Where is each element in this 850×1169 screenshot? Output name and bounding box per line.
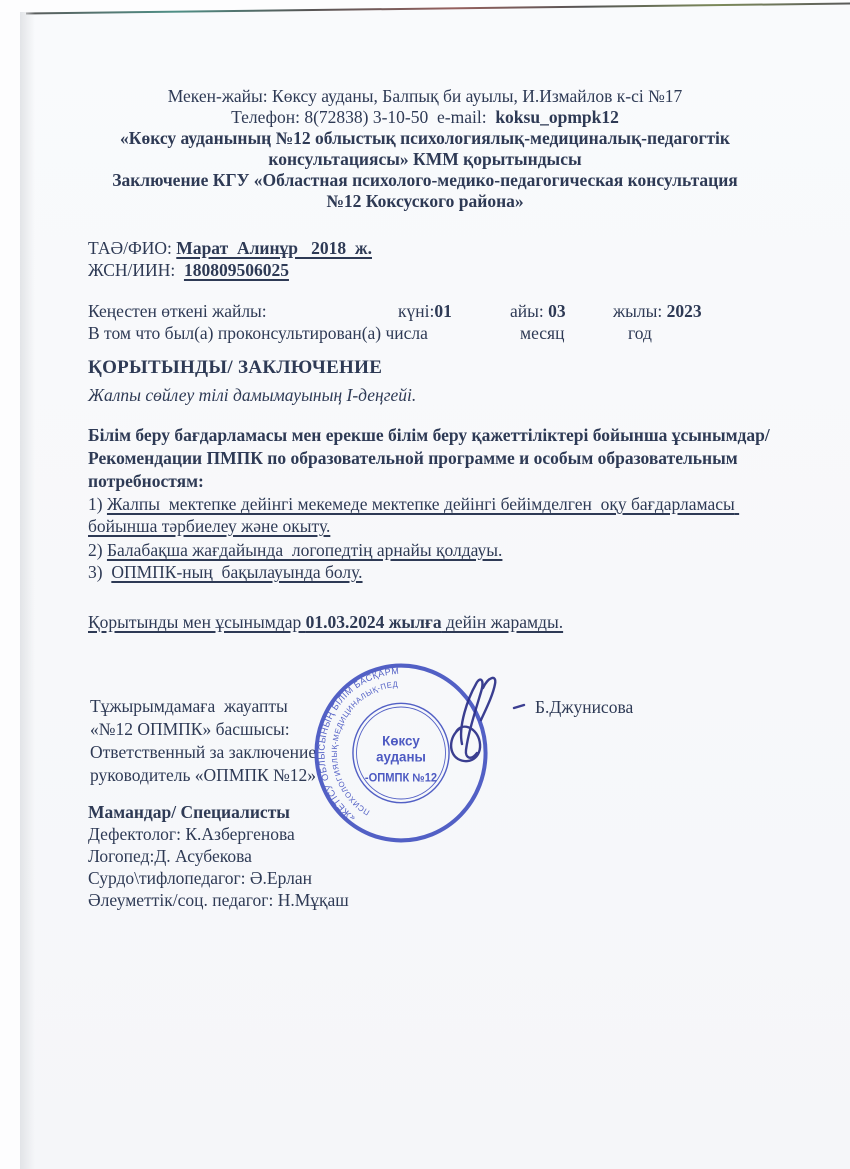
responsible-line-4: руководитель «ОПМПК №12» (90, 764, 316, 787)
recommendation-item-3-text: ОПМПК-ның бақылауында болу. (111, 562, 362, 582)
consult-year-word: год (628, 322, 652, 344)
consult-day-label: күні: (398, 301, 434, 321)
header-org-kk-line2: консультациясы» КММ қорытындысы (0, 148, 850, 170)
recommendation-item-2-num: 2) (88, 540, 107, 560)
recommendations-heading-line2: Рекомендации ПМПК по образовательной про… (88, 447, 738, 470)
header-org-ru-line2: №12 Коксуского района» (0, 190, 850, 212)
consult-year-value: 2023 (667, 301, 702, 321)
stamp-center-line1: Көксу (382, 733, 420, 748)
consult-year: жылы: 2023 (613, 300, 702, 322)
recommendations-heading-line1: Білім беру бағдарламасы мен ерекше білім… (88, 424, 770, 447)
patient-iin-label: ЖСН/ИИН: (88, 260, 184, 280)
patient-fio-value: Марат Алинұр 2018 ж. (176, 238, 372, 258)
recommendations-heading-line3: потребностям: (88, 470, 204, 493)
paper-edge-top (0, 0, 850, 16)
responsible-line-2: «№12 ОПМПК» басшысы: (90, 718, 290, 741)
consult-day: күні:01 (398, 300, 452, 322)
validity-date: 01.03.2024 жылға (306, 612, 442, 632)
consult-ru-label: В том что был(а) проконсультирован(а) чи… (88, 322, 428, 344)
stamp-center-line3: -ОПМПК №12 (365, 772, 437, 784)
consult-day-value: 01 (434, 301, 452, 321)
recommendation-item-1-num: 1) (88, 494, 107, 514)
consult-month: айы: 03 (510, 300, 566, 322)
responsible-line-3: Ответственный за заключение (90, 741, 316, 764)
recommendation-item-3-num: 3) (88, 562, 111, 582)
validity-suffix: дейін жарамды. (442, 612, 564, 632)
specialist-logoped: Логопед:Д. Асубекова (88, 845, 252, 867)
header-phone: Телефон: 8(72838) 3-10-50 e-mail: koksu_… (0, 106, 850, 128)
signature-stroke-dash (514, 705, 524, 708)
header-org-ru-line1: Заключение КГУ «Областная психолого-меди… (0, 169, 850, 191)
conclusion-diagnosis: Жалпы сөйлеу тілі дамымауының І-деңгейі. (88, 384, 416, 406)
consult-month-label: айы: (510, 301, 548, 321)
scanned-document-page: Мекен-жайы: Көксу ауданы, Балпық би ауыл… (0, 0, 850, 1169)
specialists-heading: Мамандар/ Специалисты (88, 801, 290, 823)
patient-fio-row: ТАӘ/ФИО: Марат Алинұр 2018 ж. (88, 237, 372, 259)
header-email: koksu_opmpk12 (495, 107, 619, 127)
stamp-center-line2: ауданы (376, 749, 426, 764)
specialist-defectologist: Дефектолог: К.Азбергенова (88, 823, 295, 845)
consult-month-value: 03 (548, 301, 566, 321)
header-org-kk-line1: «Көксу ауданының №12 облыстық психология… (0, 127, 850, 149)
patient-fio-label: ТАӘ/ФИО: (88, 238, 176, 258)
handwritten-signature (428, 664, 540, 776)
recommendation-item-2: 2) Балабақша жағдайында логопедтің арнай… (88, 539, 502, 561)
header-address: Мекен-жайы: Көксу ауданы, Балпық би ауыл… (0, 85, 850, 107)
recommendation-item-1: 1) Жалпы мектепке дейінгі мекемеде мекте… (88, 493, 756, 537)
consult-kk-label: Кеңестен өткені жайлы: (88, 300, 267, 322)
specialist-social: Әлеуметтік/соц. педагог: Н.Мұқаш (88, 889, 349, 911)
validity-line: Қорытынды мен ұсынымдар 01.03.2024 жылға… (88, 611, 563, 633)
consult-year-label: жылы: (613, 301, 667, 321)
conclusion-title: ҚОРЫТЫНДЫ/ ЗАКЛЮЧЕНИЕ (88, 357, 382, 379)
recommendation-item-3: 3) ОПМПК-ның бақылауында болу. (88, 561, 363, 583)
recommendation-item-1-text: Жалпы мектепке дейінгі мекемеде мектепке… (88, 494, 739, 536)
signer-name: Б.Джунисова (535, 696, 633, 718)
validity-text: Қорытынды мен ұсынымдар 01.03.2024 жылға… (88, 612, 563, 632)
validity-prefix: Қорытынды мен ұсынымдар (88, 612, 306, 632)
recommendation-item-2-text: Балабақша жағдайында логопедтің арнайы қ… (107, 540, 502, 560)
header-phone-prefix: Телефон: 8(72838) 3-10-50 e-mail: (231, 107, 495, 127)
responsible-line-1: Тұжырымдамаға жауапты (90, 695, 288, 718)
patient-iin-row: ЖСН/ИИН: 180809506025 (88, 259, 289, 281)
consult-month-word: месяц (520, 322, 564, 344)
patient-iin-value: 180809506025 (184, 260, 289, 280)
specialist-surdo: Сурдо\тифлопедагог: Ә.Ерлан (88, 867, 312, 889)
